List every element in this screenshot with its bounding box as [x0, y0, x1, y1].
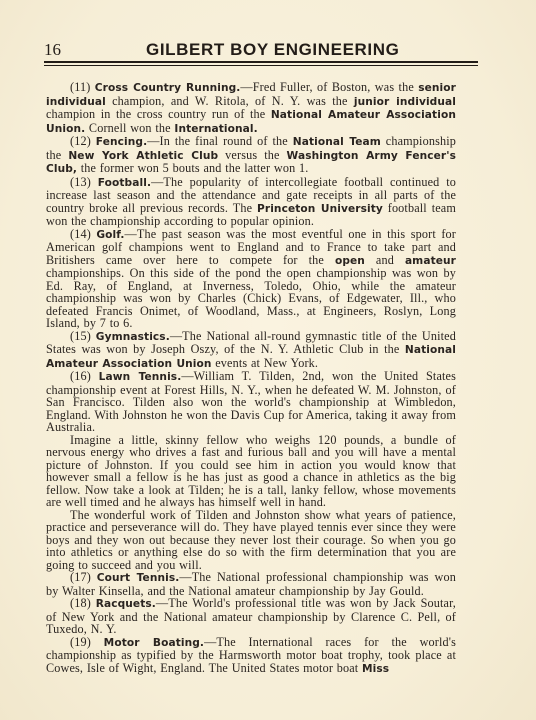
paragraph-cross-country-running: (11) Cross Country Running.—Fred Fuller,… — [46, 81, 456, 135]
text-run: (19) — [70, 635, 104, 649]
page-header: 16 GILBERT BOY ENGINEERING — [44, 40, 478, 60]
paragraph-fencing: (12) Fencing.—In the final round of the … — [46, 135, 456, 176]
bold-phrase: International. — [174, 123, 257, 135]
text-run: Cornell won the — [85, 121, 174, 135]
text-run: (13) — [70, 175, 98, 189]
body-text: (11) Cross Country Running.—Fred Fuller,… — [46, 81, 456, 675]
bold-phrase: junior individual — [354, 96, 456, 108]
paragraph-football: (13) Football.—The popularity of interco… — [46, 176, 456, 228]
paragraph-lawn-tennis: (16) Lawn Tennis.—William T. Tilden, 2nd… — [46, 370, 456, 434]
text-run: (12) — [70, 134, 96, 148]
bold-phrase: Gymnastics. — [96, 331, 170, 343]
running-title: GILBERT BOY ENGINEERING — [146, 40, 399, 60]
paragraph-motor-boating: (19) Motor Boating.—The International ra… — [46, 636, 456, 676]
text-run: events at New York. — [212, 356, 319, 370]
text-run: The wonderful work of Tilden and Johnsto… — [46, 508, 456, 572]
text-run: champion, and W. Ritola, of N. Y. was th… — [106, 94, 354, 108]
text-run: championships. On this side of the pond … — [46, 266, 456, 330]
header-rule-thin — [44, 65, 478, 66]
bold-phrase: Golf. — [96, 229, 124, 241]
paragraph-johnston-description: Imagine a little, skinny fellow who weig… — [46, 434, 456, 509]
paragraph-golf: (14) Golf.—The past season was the most … — [46, 228, 456, 330]
bold-phrase: Motor Boating. — [104, 637, 204, 649]
header-rule-thick — [44, 61, 478, 63]
text-run: (15) — [70, 329, 96, 343]
text-run: the former won 5 bouts and the latter wo… — [77, 161, 308, 175]
bold-phrase: open — [335, 255, 365, 267]
text-run: (14) — [70, 227, 96, 241]
text-run: (11) — [70, 80, 95, 94]
text-run: and — [365, 253, 405, 267]
text-run: (16) — [70, 369, 99, 383]
bold-phrase: Miss — [362, 663, 389, 675]
bold-phrase: National Team — [293, 136, 381, 148]
bold-phrase: Football. — [98, 177, 151, 189]
bold-phrase: amateur — [405, 255, 456, 267]
paragraph-gymnastics: (15) Gymnastics.—The National all-round … — [46, 330, 456, 371]
bold-phrase: Lawn Tennis. — [99, 371, 182, 383]
bold-phrase: Princeton University — [257, 203, 383, 215]
bold-phrase: Cross Country Running. — [95, 82, 241, 94]
text-run: versus the — [218, 148, 286, 162]
paragraph-racquets: (18) Racquets.—The World's professional … — [46, 597, 456, 636]
bold-phrase: Court Tennis. — [97, 572, 180, 584]
bold-phrase: Racquets. — [96, 598, 156, 610]
paragraph-court-tennis: (17) Court Tennis.—The National professi… — [46, 571, 456, 597]
bold-phrase: New York Athletic Club — [68, 150, 218, 162]
text-run: champion in the cross country run of the — [46, 107, 271, 121]
text-run: Imagine a little, skinny fellow who weig… — [46, 433, 456, 510]
text-run: —Fred Fuller, of Boston, was the — [240, 80, 418, 94]
text-run: (17) — [70, 570, 97, 584]
text-run: —In the final round of the — [147, 134, 293, 148]
text-run: (18) — [70, 596, 96, 610]
book-page: 16 GILBERT BOY ENGINEERING (11) Cross Co… — [0, 0, 536, 720]
bold-phrase: Fencing. — [96, 136, 147, 148]
paragraph-tilden-johnston-lesson: The wonderful work of Tilden and Johnsto… — [46, 509, 456, 572]
page-number: 16 — [44, 40, 61, 60]
